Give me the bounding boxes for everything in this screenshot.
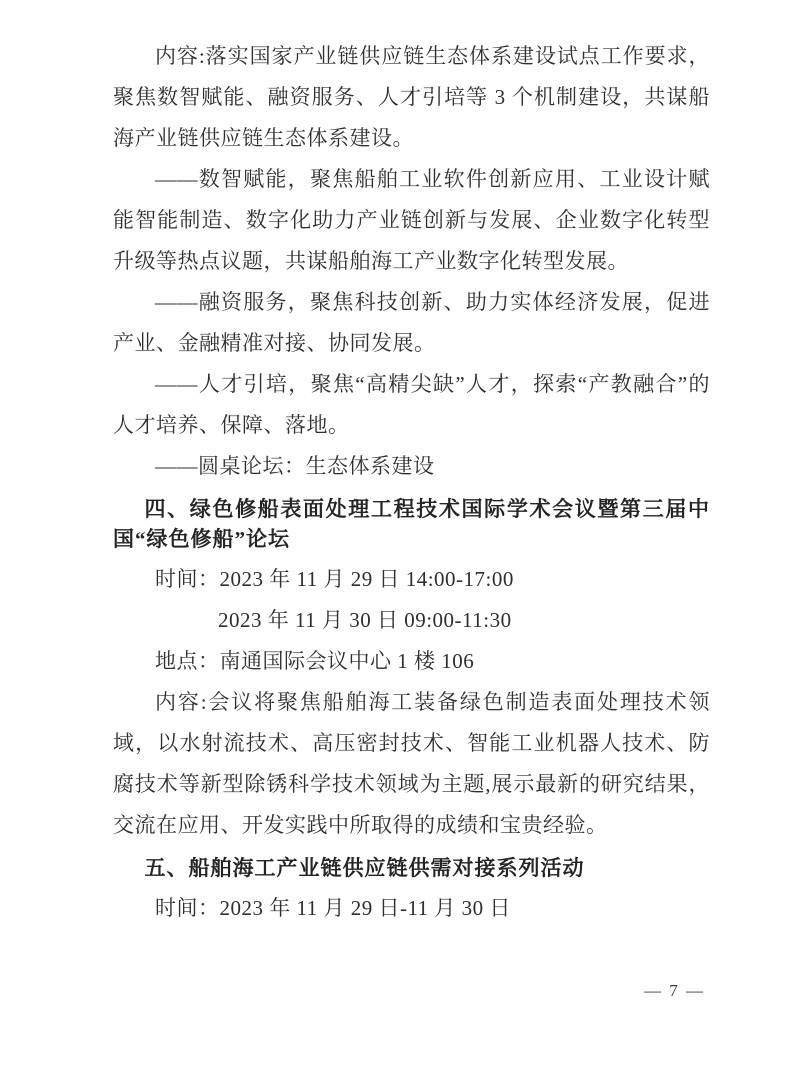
time-line-section5: 时间：2023 年 11 月 29 日-11 月 30 日 <box>113 888 710 929</box>
paragraph-financing-services: ——融资服务，聚焦科技创新、助力实体经济发展，促进产业、金融精准对接、协同发展。 <box>113 282 710 364</box>
location-line: 地点：南通国际会议中心 1 楼 106 <box>113 641 710 682</box>
page-number: — 7 — <box>644 981 705 1001</box>
document-page: 内容:落实国家产业链供应链生态体系建设试点工作要求，聚焦数智赋能、融资服务、人才… <box>0 0 800 1067</box>
paragraph-talent-cultivation: ——人才引培，聚焦“高精尖缺”人才，探索“产教融合”的人才培养、保障、落地。 <box>113 364 710 446</box>
time-line-day1: 时间：2023 年 11 月 29 日 14:00-17:00 <box>113 559 710 600</box>
paragraph-roundtable-forum: ——圆桌论坛：生态体系建设 <box>113 446 710 487</box>
paragraph-digital-empowerment: ——数智赋能，聚焦船舶工业软件创新应用、工业设计赋能智能制造、数字化助力产业链创… <box>113 159 710 282</box>
paragraph-content-ecosystem: 内容:落实国家产业链供应链生态体系建设试点工作要求，聚焦数智赋能、融资服务、人才… <box>113 36 710 159</box>
paragraph-content-surface-treatment: 内容:会议将聚焦船舶海工装备绿色制造表面处理技术领域，以水射流技术、高压密封技术… <box>113 682 710 846</box>
section-heading-5-supply-chain-matching: 五、船舶海工产业链供应链供需对接系列活动 <box>113 853 710 883</box>
section-heading-4-green-ship-repair: 四、绿色修船表面处理工程技术国际学术会议暨第三届中国“绿色修船”论坛 <box>113 494 710 554</box>
time-line-day2: 2023 年 11 月 30 日 09:00-11:30 <box>113 600 710 641</box>
